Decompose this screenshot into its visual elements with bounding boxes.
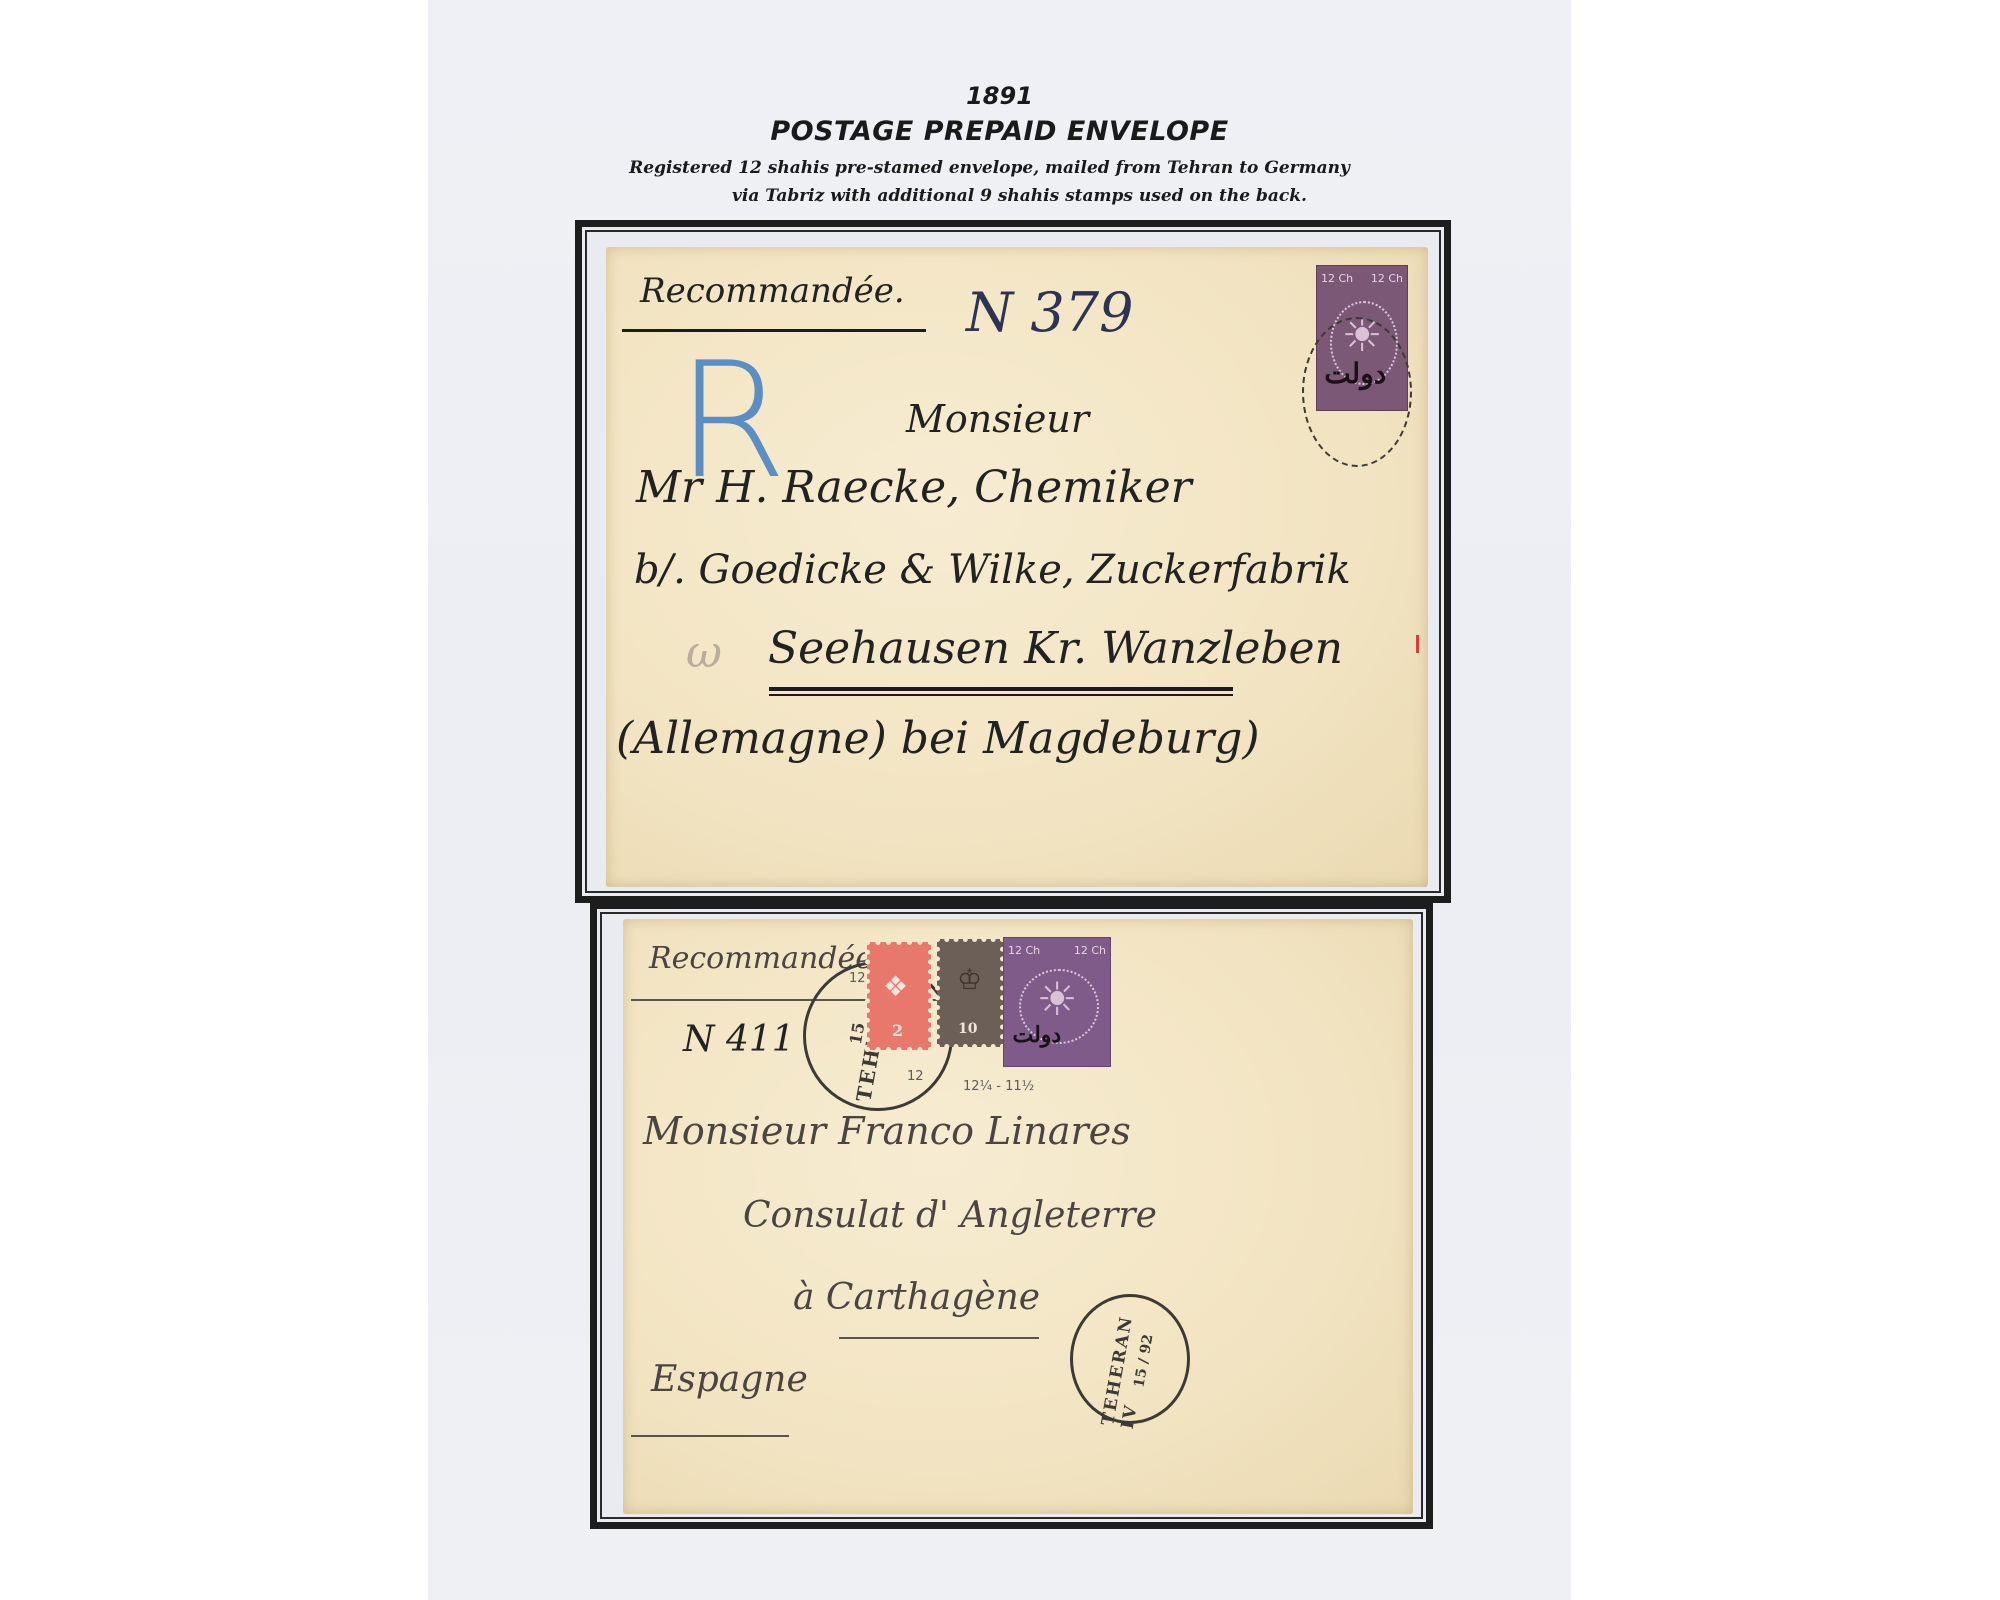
perforation-note-bottom: 12: [907, 1069, 924, 1084]
page-year: 1891: [428, 82, 1571, 110]
address-line-1: Monsieur: [906, 397, 1089, 441]
envelope-second-frame: Recommandée N 411 TEHERAN 15 2 ❖ 10 ♔ 12…: [590, 902, 1433, 1529]
envelope-front-frame: Recommandée. N 379 R 12 Ch 12 Ch ☀ ﺩﻭﻟﺖ …: [575, 220, 1451, 903]
postmark-oval: [1302, 317, 1412, 467]
lion-icon: ❖: [883, 970, 908, 1003]
postmark-teheran-bottom: TEHERAN IV 15 / 92: [1070, 1294, 1190, 1424]
address-line-5: (Allemagne) bei Magdeburg): [616, 713, 1260, 764]
address-line-3: b/. Goedicke & Wilke, Zuckerfabrik: [634, 547, 1351, 593]
country-underline: [631, 1435, 789, 1437]
stamp-denomination-left: 12 Ch: [1321, 272, 1353, 285]
envelope-front: Recommandée. N 379 R 12 Ch 12 Ch ☀ ﺩﻭﻟﺖ …: [606, 247, 1428, 887]
perforation-note-left: 12: [849, 971, 866, 986]
album-page: 1891 POSTAGE PREPAID ENVELOPE Registered…: [428, 0, 1571, 1600]
page-description-line-1: Registered 12 shahis pre-stamed envelope…: [418, 158, 1561, 178]
address-line-4: Espagne: [651, 1359, 808, 1400]
stamp-denomination-right: 12 Ch: [1074, 944, 1106, 957]
postmark-date: 15: [846, 1021, 869, 1046]
stamp-denomination-right: 12 Ch: [1371, 272, 1403, 285]
stamp-overprint: ﺩﻭﻟﺖ: [1012, 1022, 1061, 1048]
address-line-2: Consulat d' Angleterre: [743, 1195, 1157, 1236]
page-description-line-2: via Tabriz with additional 9 shahis stam…: [448, 186, 1591, 206]
address-line-2: Mr H. Raecke, Chemiker: [636, 462, 1192, 513]
lion-and-sun-icon: ☀: [1036, 972, 1077, 1026]
portrait-icon: ♔: [957, 963, 982, 996]
stamp-2: 2 ❖: [867, 942, 931, 1050]
address-line-4: Seehausen Kr. Wanzleben: [768, 623, 1343, 674]
registration-number: N 379: [966, 281, 1133, 344]
page-title: POSTAGE PREPAID ENVELOPE: [428, 116, 1571, 147]
envelope-second: Recommandée N 411 TEHERAN 15 2 ❖ 10 ♔ 12…: [623, 919, 1413, 1514]
address-prefix-faint: ω: [686, 627, 722, 678]
city-underline: [769, 687, 1233, 691]
address-line-3: à Carthagène: [793, 1277, 1040, 1318]
stamp-denomination-left: 12 Ch: [1008, 944, 1040, 957]
perforation-note-range: 12¼ - 11½: [963, 1079, 1034, 1094]
address-line-1: Monsieur Franco Linares: [643, 1109, 1131, 1153]
registration-number: N 411: [683, 1019, 795, 1060]
stamp-10: 10 ♔: [937, 939, 1003, 1047]
stamp-imprint-12: 12 Ch 12 Ch ☀ ﺩﻭﻟﺖ: [1003, 937, 1111, 1067]
city-underline: [839, 1337, 1039, 1339]
registration-label: Recommandée.: [640, 271, 905, 311]
city-underline-2: [769, 694, 1233, 696]
stamp-value: 10: [958, 1021, 977, 1037]
stamp-value: 2: [892, 1021, 903, 1040]
red-mark: [1416, 635, 1419, 653]
